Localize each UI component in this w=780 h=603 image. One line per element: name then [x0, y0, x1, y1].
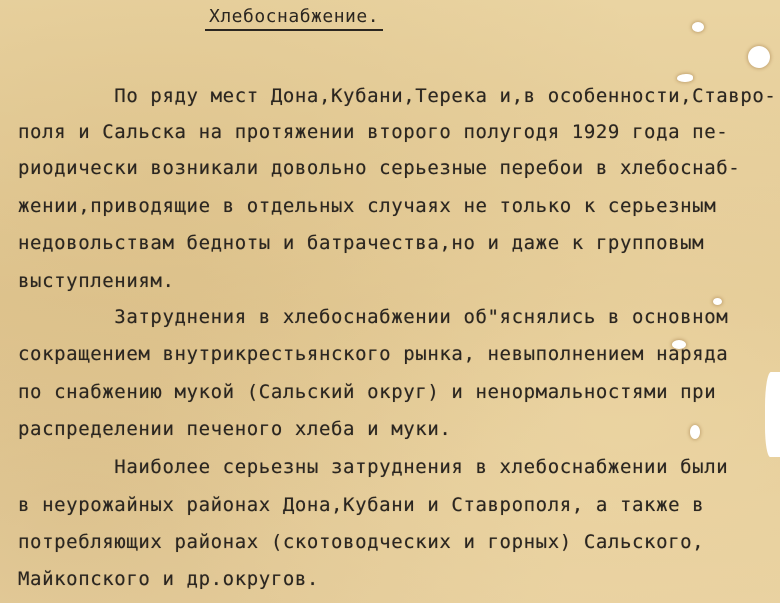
text-line-12: в неурожайных районах Дона,Кубани и Став… — [18, 494, 704, 516]
text-line-6: выступлениям. — [18, 270, 175, 292]
text-line-7: Затруднения в хлебоснабжении об"яснялись… — [18, 306, 728, 328]
paper-hole — [713, 298, 722, 305]
text-line-5: недовольствам бедноты и батрачества,но и… — [18, 232, 704, 254]
text-line-4: жении,приводящие в отдельных случаях не … — [18, 195, 716, 217]
text-line-1: По ряду мест Дона,Кубани,Терека и,в особ… — [18, 85, 776, 107]
paper-hole — [677, 74, 693, 82]
text-line-14: Майкопского и др.округов. — [18, 568, 319, 590]
text-line-3: риодически возникали довольно серьезные … — [18, 157, 740, 179]
text-line-9: по снабжению мукой (Сальский округ) и не… — [18, 381, 716, 403]
paper-edge-tear — [776, 440, 780, 446]
document-page: Хлебоснабжение. По ряду мест Дона,Кубани… — [0, 0, 780, 603]
paper-hole — [690, 425, 700, 439]
document-title: Хлебоснабжение. — [205, 6, 383, 31]
text-line-11: Наиболее серьезны затруднения в хлебосна… — [18, 456, 728, 478]
paper-hole — [748, 46, 770, 68]
paper-hole — [672, 340, 686, 349]
text-line-2: поля и Сальска на протяжении второго пол… — [18, 121, 728, 143]
text-line-10: распределении печеного хлеба и муки. — [18, 418, 451, 440]
text-line-13: потребляющих районах (скотоводческих и г… — [18, 531, 704, 553]
paper-hole — [692, 22, 704, 32]
text-line-8: сокращением внутрикрестьянского рынка, н… — [18, 343, 728, 365]
